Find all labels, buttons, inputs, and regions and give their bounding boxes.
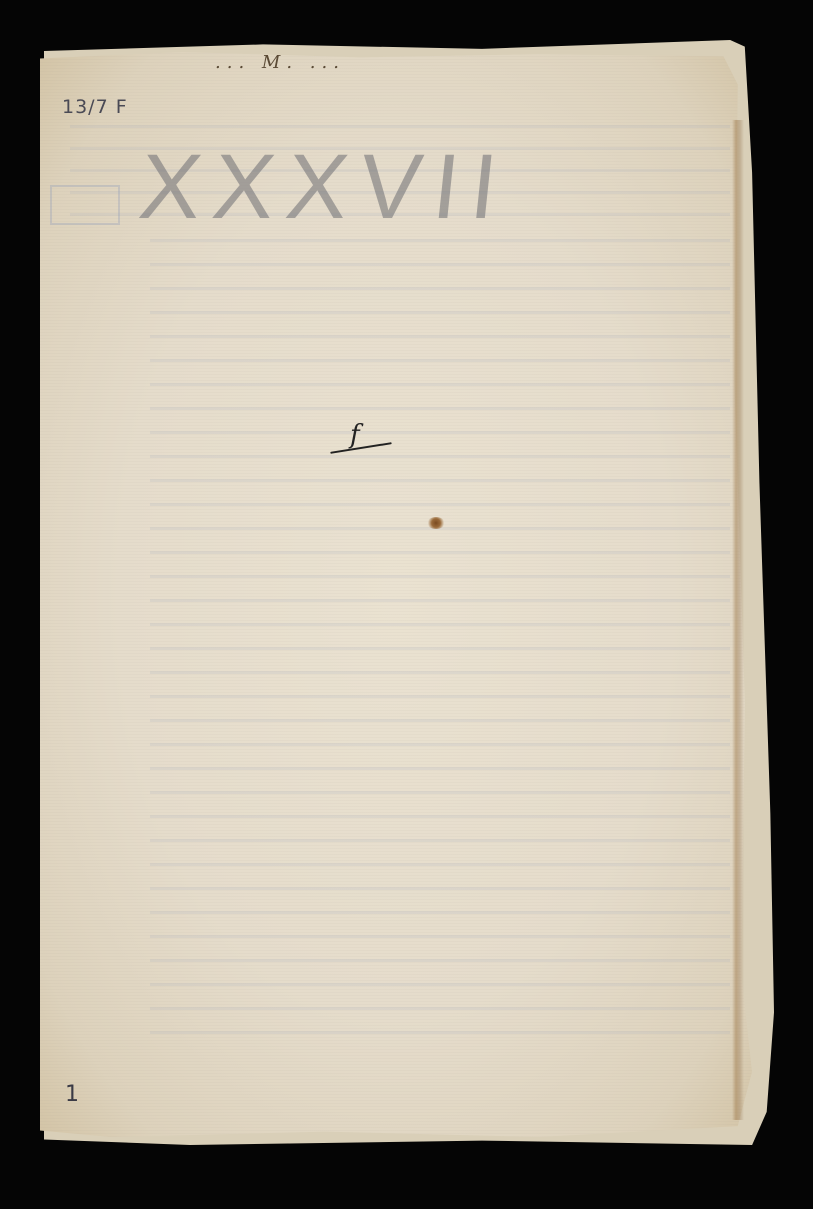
edge-stain [732,120,744,1120]
faded-stamp [50,185,120,225]
page-number: 1 [65,1082,79,1107]
folio-mark: f [350,420,360,450]
foxing-stain [427,517,445,529]
top-heading-fragment: ... M. ... [215,52,345,73]
roman-numeral-heading: XXXVII [134,135,514,240]
bleed-through-text-body [150,230,730,1050]
reference-number: 13/7 F [62,96,128,118]
